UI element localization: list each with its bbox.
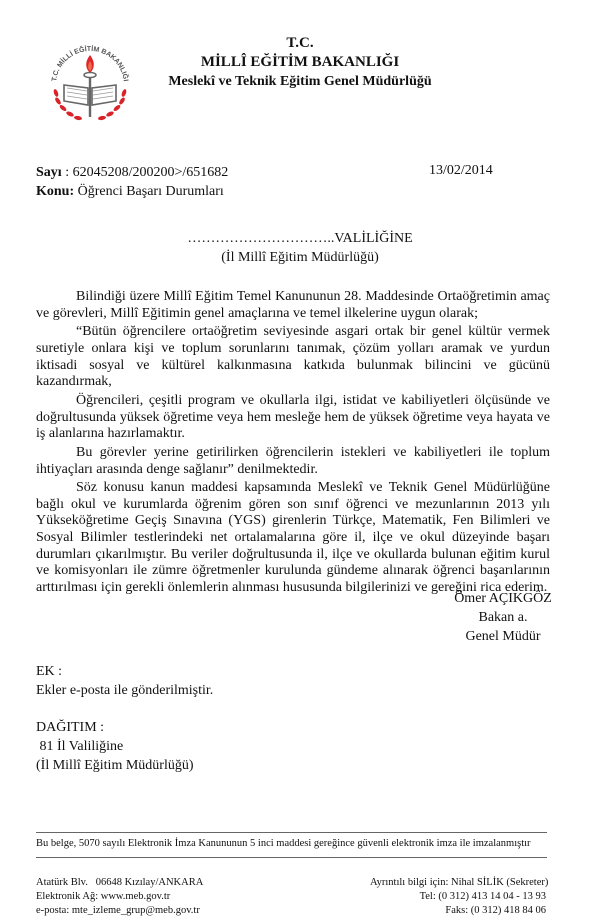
body-paragraph: Söz konusu kanun maddesi kapsamında Mesl…: [36, 480, 550, 596]
signatory-title: Genel Müdür: [448, 627, 558, 646]
footer-fax: Faks: (0 312) 418 84 06: [370, 904, 546, 918]
letter-body: Bilindiği üzere Millî Eğitim Temel Kanun…: [36, 289, 550, 599]
footer-address: Atatürk Blv. 06648 Kızılay/ANKARA: [36, 876, 203, 890]
ministry-name: MİLLÎ EĞİTİM BAKANLIĞI: [150, 53, 450, 72]
body-paragraph: Öğrencileri, çeşitli program ve okullarl…: [36, 393, 550, 443]
document-subject: Konu: Öğrenci Başarı Durumları: [36, 182, 228, 201]
letterhead: T.C. MİLLÎ EĞİTİM BAKANLIĞI Meslekî ve T…: [150, 34, 450, 91]
footer-contact-person: Ayrıntılı bilgi için: Nihal SİLİK (Sekre…: [370, 876, 546, 890]
addressee: …………………………..VALİLİĞİNE (İl Millî Eğitim …: [150, 229, 450, 267]
esignature-notice: Bu belge, 5070 sayılı Elektronik İmza Ka…: [36, 838, 547, 849]
annex-distribution: EK : Ekler e-posta ile gönderilmiştir. D…: [36, 662, 213, 775]
subject-label: Konu:: [36, 184, 74, 199]
body-paragraph: Bu görevler yerine getirilirken öğrencil…: [36, 445, 550, 478]
distribution-item: 81 İl Valiliğine: [36, 737, 213, 756]
number-label: Sayı: [36, 165, 62, 180]
footer-email: e-posta: mte_izleme_grup@meb.gov.tr: [36, 904, 203, 918]
distribution-item: (İl Millî Eğitim Müdürlüğü): [36, 756, 213, 775]
country-abbreviation: T.C.: [150, 34, 450, 53]
signature-block: Ömer AÇIKGÖZ Bakan a. Genel Müdür: [448, 589, 558, 646]
body-paragraph: “Bütün öğrencilere ortaöğretim seviyesin…: [36, 324, 550, 390]
footer-divider-top: [36, 832, 547, 833]
document-date: 13/02/2014: [429, 163, 493, 179]
body-paragraph: Bilindiği üzere Millî Eğitim Temel Kanun…: [36, 289, 550, 322]
department-name: Meslekî ve Teknik Eğitim Genel Müdürlüğü: [150, 72, 450, 91]
footer-web: Elektronik Ağ: www.meb.gov.tr: [36, 890, 203, 904]
addressee-line-2: (İl Millî Eğitim Müdürlüğü): [150, 248, 450, 267]
signatory-on-behalf: Bakan a.: [448, 608, 558, 627]
number-value: : 62045208/200200>/651682: [65, 165, 228, 180]
ministry-emblem-icon: T.C. MİLLİ EĞİTİM BAKANLIĞI: [42, 33, 138, 129]
ministry-logo: T.C. MİLLİ EĞİTİM BAKANLIĞI: [42, 33, 138, 129]
annex-label: EK :: [36, 662, 213, 681]
addressee-line-1: …………………………..VALİLİĞİNE: [150, 229, 450, 248]
footer-divider-bottom: [36, 857, 547, 858]
footer-contact-address: Atatürk Blv. 06648 Kızılay/ANKARA Elektr…: [36, 876, 203, 918]
subject-value: Öğrenci Başarı Durumları: [74, 184, 224, 199]
distribution-label: DAĞITIM :: [36, 718, 213, 737]
signatory-name: Ömer AÇIKGÖZ: [448, 589, 558, 608]
document-number: Sayı : 62045208/200200>/651682: [36, 163, 228, 182]
document-meta: Sayı : 62045208/200200>/651682 Konu: Öğr…: [36, 163, 228, 201]
footer-phone: Tel: (0 312) 413 14 04 - 13 93: [370, 890, 546, 904]
annex-text: Ekler e-posta ile gönderilmiştir.: [36, 681, 213, 700]
footer-contact-info: Ayrıntılı bilgi için: Nihal SİLİK (Sekre…: [370, 876, 546, 918]
